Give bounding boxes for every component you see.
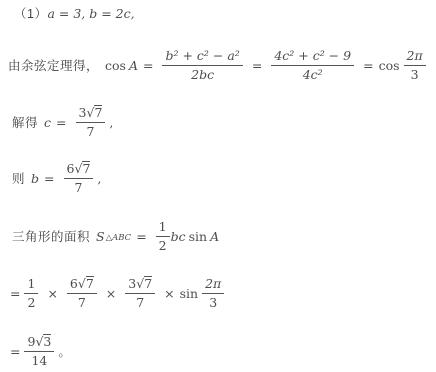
- radical-sign: √: [35, 334, 43, 350]
- then-label: 则: [12, 169, 25, 187]
- solution-line-area-formula: 三角形的面积 S△ABC = 1 2 bc sin A: [12, 218, 219, 254]
- times-sign: ×: [47, 286, 57, 301]
- comma: ,: [109, 115, 113, 130]
- equals-sign: =: [56, 115, 66, 130]
- item-number: （1）: [14, 4, 47, 22]
- cos-function: cos: [105, 58, 126, 73]
- given-expression: a = 3, b = 2c,: [47, 6, 134, 21]
- fraction-c-value: 3√7 7: [125, 276, 155, 310]
- sin-function: sin: [180, 286, 198, 301]
- variable-b: b: [31, 171, 39, 186]
- solution-line-solve-b: 则 b = 6√7 7 ,: [12, 158, 101, 198]
- fraction-cosine-substituted: 4c² + c² − 9 4c²: [271, 48, 354, 82]
- equals-sign: =: [252, 58, 262, 73]
- sin-function: sin: [189, 229, 207, 244]
- solution-line-solve-c: 解得 c = 3√7 7 ,: [12, 102, 113, 142]
- fraction-angle-two-pi-thirds: 2π 3: [404, 48, 426, 82]
- angle-A: A: [210, 229, 219, 244]
- radical-sign: √: [78, 276, 86, 292]
- cos-function: cos: [379, 58, 400, 73]
- equals-sign: =: [143, 58, 153, 73]
- fraction-final-area: 9√3 14: [24, 334, 54, 368]
- fraction-b-value: 6√7 7: [64, 161, 94, 195]
- radical-sign: √: [74, 161, 82, 177]
- solution-line-final-answer: = 9√3 14 。: [10, 330, 71, 372]
- fraction-one-half: 1 2: [24, 276, 38, 310]
- fraction-angle-two-pi-thirds: 2π 3: [202, 276, 224, 310]
- area-subscript: △ABC: [106, 233, 132, 243]
- equals-sign: =: [10, 344, 20, 359]
- angle-A: A: [129, 58, 138, 73]
- area-symbol: S: [96, 229, 105, 244]
- solution-line-cosine-rule: 由余弦定理得， cos A = b² + c² − a² 2bc = 4c² +…: [8, 45, 436, 85]
- math-solution-document: （1） a = 3, b = 2c, 由余弦定理得， cos A = b² + …: [0, 0, 436, 372]
- cosine-rule-label: 由余弦定理得，: [8, 56, 99, 74]
- equals-sign: =: [44, 171, 54, 186]
- full-stop: 。: [58, 342, 71, 360]
- radical-sign: √: [136, 276, 144, 292]
- variables-bc: bc: [171, 229, 186, 244]
- fraction-cosine-general: b² + c² − a² 2bc: [162, 48, 242, 82]
- radical-sign: √: [86, 105, 94, 121]
- equals-sign: =: [10, 286, 20, 301]
- fraction-c-value: 3√7 7: [76, 105, 106, 139]
- comma: ,: [97, 171, 101, 186]
- times-sign: ×: [106, 286, 116, 301]
- fraction-b-value: 6√7 7: [67, 276, 97, 310]
- solve-label: 解得: [12, 113, 38, 131]
- equals-sign: =: [136, 229, 146, 244]
- triangle-area-label: 三角形的面积: [12, 227, 90, 245]
- equals-sign: =: [363, 58, 373, 73]
- fraction-one-half: 1 2: [156, 219, 170, 253]
- solution-line-given: （1） a = 3, b = 2c,: [14, 3, 135, 23]
- solution-line-area-substituted: = 1 2 × 6√7 7 × 3√7 7 × sin 2π 3: [10, 272, 228, 314]
- variable-c: c: [44, 115, 51, 130]
- times-sign: ×: [164, 286, 174, 301]
